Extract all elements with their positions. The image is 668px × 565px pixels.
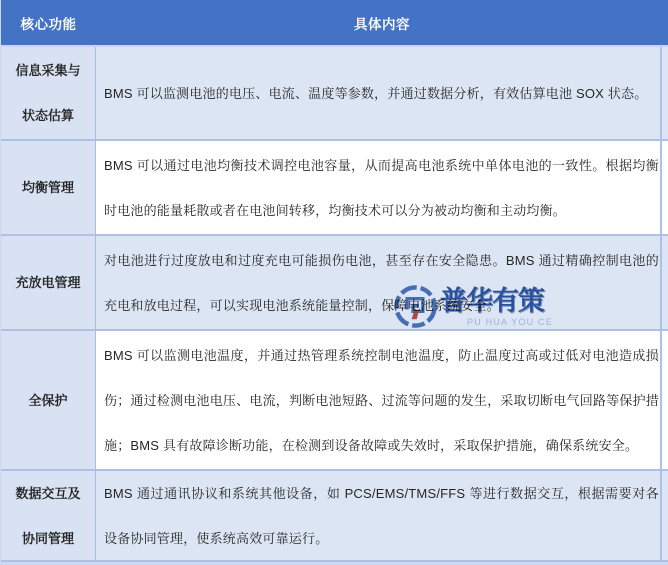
table-row-full-protection: 全保护 BMS 可以监测电池温度，并通过热管理系统控制电池温度，防止温度过高或过… — [1, 331, 668, 471]
table-row-balance-management: 均衡管理 BMS 可以通过电池均衡技术调控电池容量，从而提高电池系统中单体电池的… — [1, 141, 668, 236]
row-content-text: BMS 通过通讯协议和系统其他设备，如 PCS/EMS/TMS/FFS 等进行数… — [104, 471, 659, 561]
table-row-info-collection: 信息采集与 状态估算 BMS 可以监测电池的电压、电流、温度等参数，并通过数据分… — [1, 47, 668, 141]
row-label-charge-discharge: 充放电管理 — [1, 236, 96, 329]
row-content-text: BMS 可以通过电池均衡技术调控电池容量，从而提高电池系统中单体电池的一致性。根… — [104, 143, 659, 233]
row-content-text: BMS 可以监测电池的电压、电流、温度等参数，并通过数据分析，有效估算电池 SO… — [104, 71, 659, 116]
row-content-cell: BMS 可以监测电池的电压、电流、温度等参数，并通过数据分析，有效估算电池 SO… — [96, 47, 668, 139]
bms-core-functions-table-page: 核心功能 具体内容 信息采集与 状态估算 BMS 可以监测电池的电压、电流、温度… — [0, 0, 668, 565]
row-label-info-collection: 信息采集与 状态估算 — [1, 47, 96, 139]
row-content-cell: BMS 可以监测电池温度，并通过热管理系统控制电池温度，防止温度过高或过低对电池… — [96, 331, 668, 469]
table-row-data-exchange: 数据交互及 协同管理 BMS 通过通讯协议和系统其他设备，如 PCS/EMS/T… — [1, 471, 668, 562]
row-label-line: 数据交互及 — [15, 471, 80, 516]
row-label-line: 信息采集与 — [15, 48, 80, 93]
bms-functions-table: 核心功能 具体内容 信息采集与 状态估算 BMS 可以监测电池的电压、电流、温度… — [0, 0, 668, 565]
row-label-data-exchange: 数据交互及 协同管理 — [1, 471, 96, 560]
header-detail-content: 具体内容 — [96, 0, 668, 45]
row-content-text: 对电池进行过度放电和过度充电可能损伤电池，甚至存在安全隐患。BMS 通过精确控制… — [104, 238, 659, 328]
table-row-charge-discharge-management: 充放电管理 对电池进行过度放电和过度充电可能损伤电池，甚至存在安全隐患。BMS … — [1, 236, 668, 331]
row-label-line: 均衡管理 — [22, 165, 74, 210]
header-core-function: 核心功能 — [1, 0, 96, 45]
row-label-line: 协同管理 — [22, 516, 74, 561]
row-content-cell: BMS 可以通过电池均衡技术调控电池容量，从而提高电池系统中单体电池的一致性。根… — [96, 141, 668, 234]
row-content-cell: BMS 通过通讯协议和系统其他设备，如 PCS/EMS/TMS/FFS 等进行数… — [96, 471, 668, 560]
row-label-line: 充放电管理 — [15, 260, 80, 305]
row-label-line: 状态估算 — [22, 93, 74, 138]
row-content-text: BMS 可以监测电池温度，并通过热管理系统控制电池温度，防止温度过高或过低对电池… — [104, 333, 659, 468]
row-label-line: 全保护 — [28, 378, 67, 423]
row-content-cell: 对电池进行过度放电和过度充电可能损伤电池，甚至存在安全隐患。BMS 通过精确控制… — [96, 236, 668, 329]
row-label-balance-management: 均衡管理 — [1, 141, 96, 234]
row-label-full-protection: 全保护 — [1, 331, 96, 469]
table-header-row: 核心功能 具体内容 — [1, 0, 668, 47]
